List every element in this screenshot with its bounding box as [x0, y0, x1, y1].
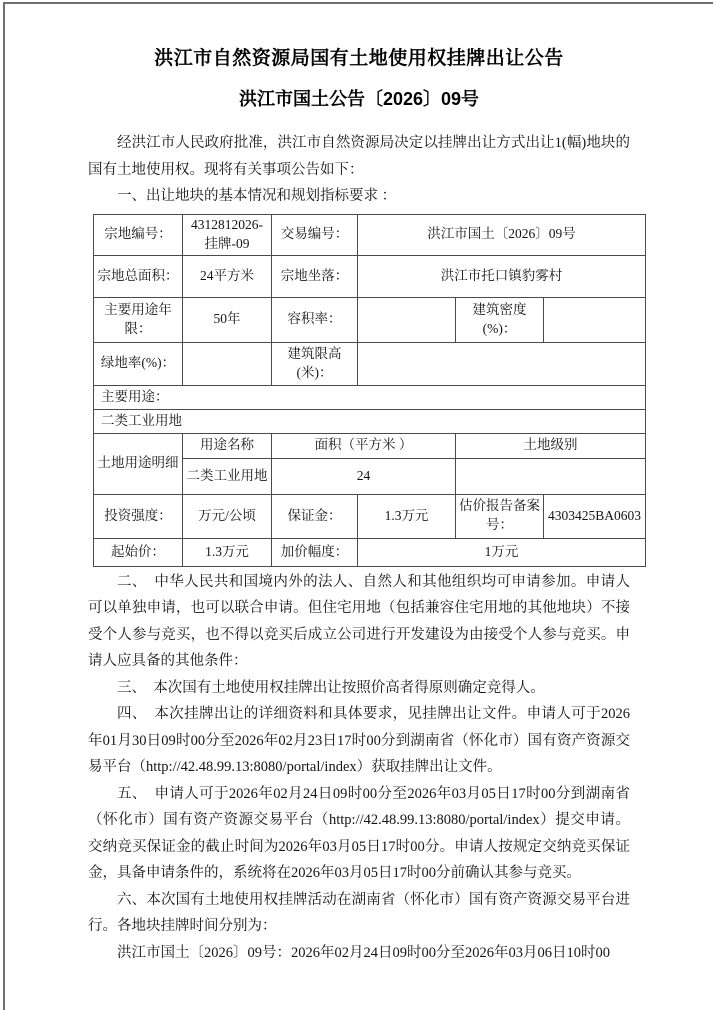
section-4-paragraph: 四、 本次挂牌出让的详细资料和具体要求，见挂牌出让文件。申请人可于2026年01…: [88, 701, 630, 781]
table-row: 投资强度： 万元/公顷 保证金： 1.3万元 估价报告备案号： 4303425B…: [94, 494, 646, 538]
location-label: 宗地坐落：: [272, 255, 358, 297]
table-row: 主要用途：: [94, 385, 646, 409]
area-value: 24: [272, 458, 456, 494]
height-limit-label: 建筑限高(米)：: [272, 342, 358, 385]
height-limit-value: [358, 342, 646, 385]
increment-value: 1万元: [358, 538, 646, 566]
total-area-label: 宗地总面积：: [94, 255, 183, 297]
plot-ratio-label: 容积率：: [272, 297, 358, 342]
table-row: 主要用途年限： 50年 容积率： 建筑密度(%)：: [94, 297, 646, 342]
main-use-value: 二类工业用地: [94, 409, 646, 433]
plot-ratio-value: [358, 297, 456, 342]
intro-paragraph: 经洪江市人民政府批准，洪江市自然资源局决定以挂牌出让方式出让1(幅)地块的国有土…: [88, 130, 630, 183]
table-row: 二类工业用地: [94, 409, 646, 433]
main-use-label: 主要用途：: [94, 385, 646, 409]
section-3-paragraph: 三、 本次国有土地使用权挂牌出让按照价高者得原则确定竞得人。: [88, 675, 630, 702]
scan-edge-left-line: [3, 2, 5, 1010]
building-density-value: [544, 297, 646, 342]
document-content: 洪江市自然资源局国有土地使用权挂牌出让公告 洪江市国土公告〔2026〕09号 经…: [88, 46, 630, 966]
area-header: 面积（平方米 ）: [272, 433, 456, 458]
trade-no-label: 交易编号：: [272, 215, 358, 256]
use-detail-label: 土地用途明细: [94, 433, 183, 494]
announcement-page: 洪江市自然资源局国有土地使用权挂牌出让公告 洪江市国土公告〔2026〕09号 经…: [0, 0, 713, 1010]
use-term-label: 主要用途年限：: [94, 297, 183, 342]
section-6-paragraph: 六、本次国有土地使用权挂牌活动在湖南省（怀化市）国有资产资源交易平台进行。各地块…: [88, 887, 630, 940]
appraisal-no-label: 估价报告备案号：: [456, 494, 544, 538]
table-row: 绿地率(%)： 建筑限高(米)：: [94, 342, 646, 385]
investment-intensity-label: 投资强度：: [94, 494, 183, 538]
green-rate-label: 绿地率(%)：: [94, 342, 183, 385]
section-5-paragraph: 五、 申请人可于2026年02月24日09时00分至2026年03月05日17时…: [88, 781, 630, 887]
section-1-heading: 一、出让地块的基本情况和规划指标要求 ：: [88, 183, 630, 210]
start-price-value: 1.3万元: [183, 538, 272, 566]
total-area-value: 24平方米: [183, 255, 272, 297]
listing-time-paragraph: 洪江市国土〔2026〕09号：2026年02月24日09时00分至2026年03…: [88, 940, 630, 967]
location-value: 洪江市托口镇豹雾村: [358, 255, 646, 297]
building-density-label: 建筑密度(%)：: [456, 297, 544, 342]
scan-edge-top-line: [3, 2, 713, 4]
investment-intensity-value: 万元/公顷: [183, 494, 272, 538]
increment-label: 加价幅度：: [272, 538, 358, 566]
use-term-value: 50年: [183, 297, 272, 342]
start-price-label: 起始价：: [94, 538, 183, 566]
section-2-paragraph: 二、 中华人民共和国境内外的法人、自然人和其他组织均可申请参加。申请人可以单独申…: [88, 569, 630, 675]
table-row: 土地用途明细 用途名称 面积（平方米 ） 土地级别: [94, 433, 646, 458]
parcel-info-table: 宗地编号： 4312812026-挂牌-09 交易编号： 洪江市国土〔2026〕…: [93, 214, 646, 567]
land-grade-header: 土地级别: [456, 433, 646, 458]
deposit-value: 1.3万元: [358, 494, 456, 538]
use-name-value: 二类工业用地: [183, 458, 272, 494]
trade-no-value: 洪江市国土〔2026〕09号: [358, 215, 646, 256]
land-grade-value: [456, 458, 646, 494]
document-title: 洪江市自然资源局国有土地使用权挂牌出让公告: [88, 46, 630, 72]
table-row: 宗地编号： 4312812026-挂牌-09 交易编号： 洪江市国土〔2026〕…: [94, 215, 646, 256]
document-number: 洪江市国土公告〔2026〕09号: [88, 86, 630, 112]
green-rate-value: [183, 342, 272, 385]
table-row: 宗地总面积： 24平方米 宗地坐落： 洪江市托口镇豹雾村: [94, 255, 646, 297]
parcel-no-label: 宗地编号：: [94, 215, 183, 256]
appraisal-no-value: 4303425BA0603: [544, 494, 646, 538]
deposit-label: 保证金：: [272, 494, 358, 538]
use-name-header: 用途名称: [183, 433, 272, 458]
table-row: 起始价： 1.3万元 加价幅度： 1万元: [94, 538, 646, 566]
parcel-no-value: 4312812026-挂牌-09: [183, 215, 272, 256]
